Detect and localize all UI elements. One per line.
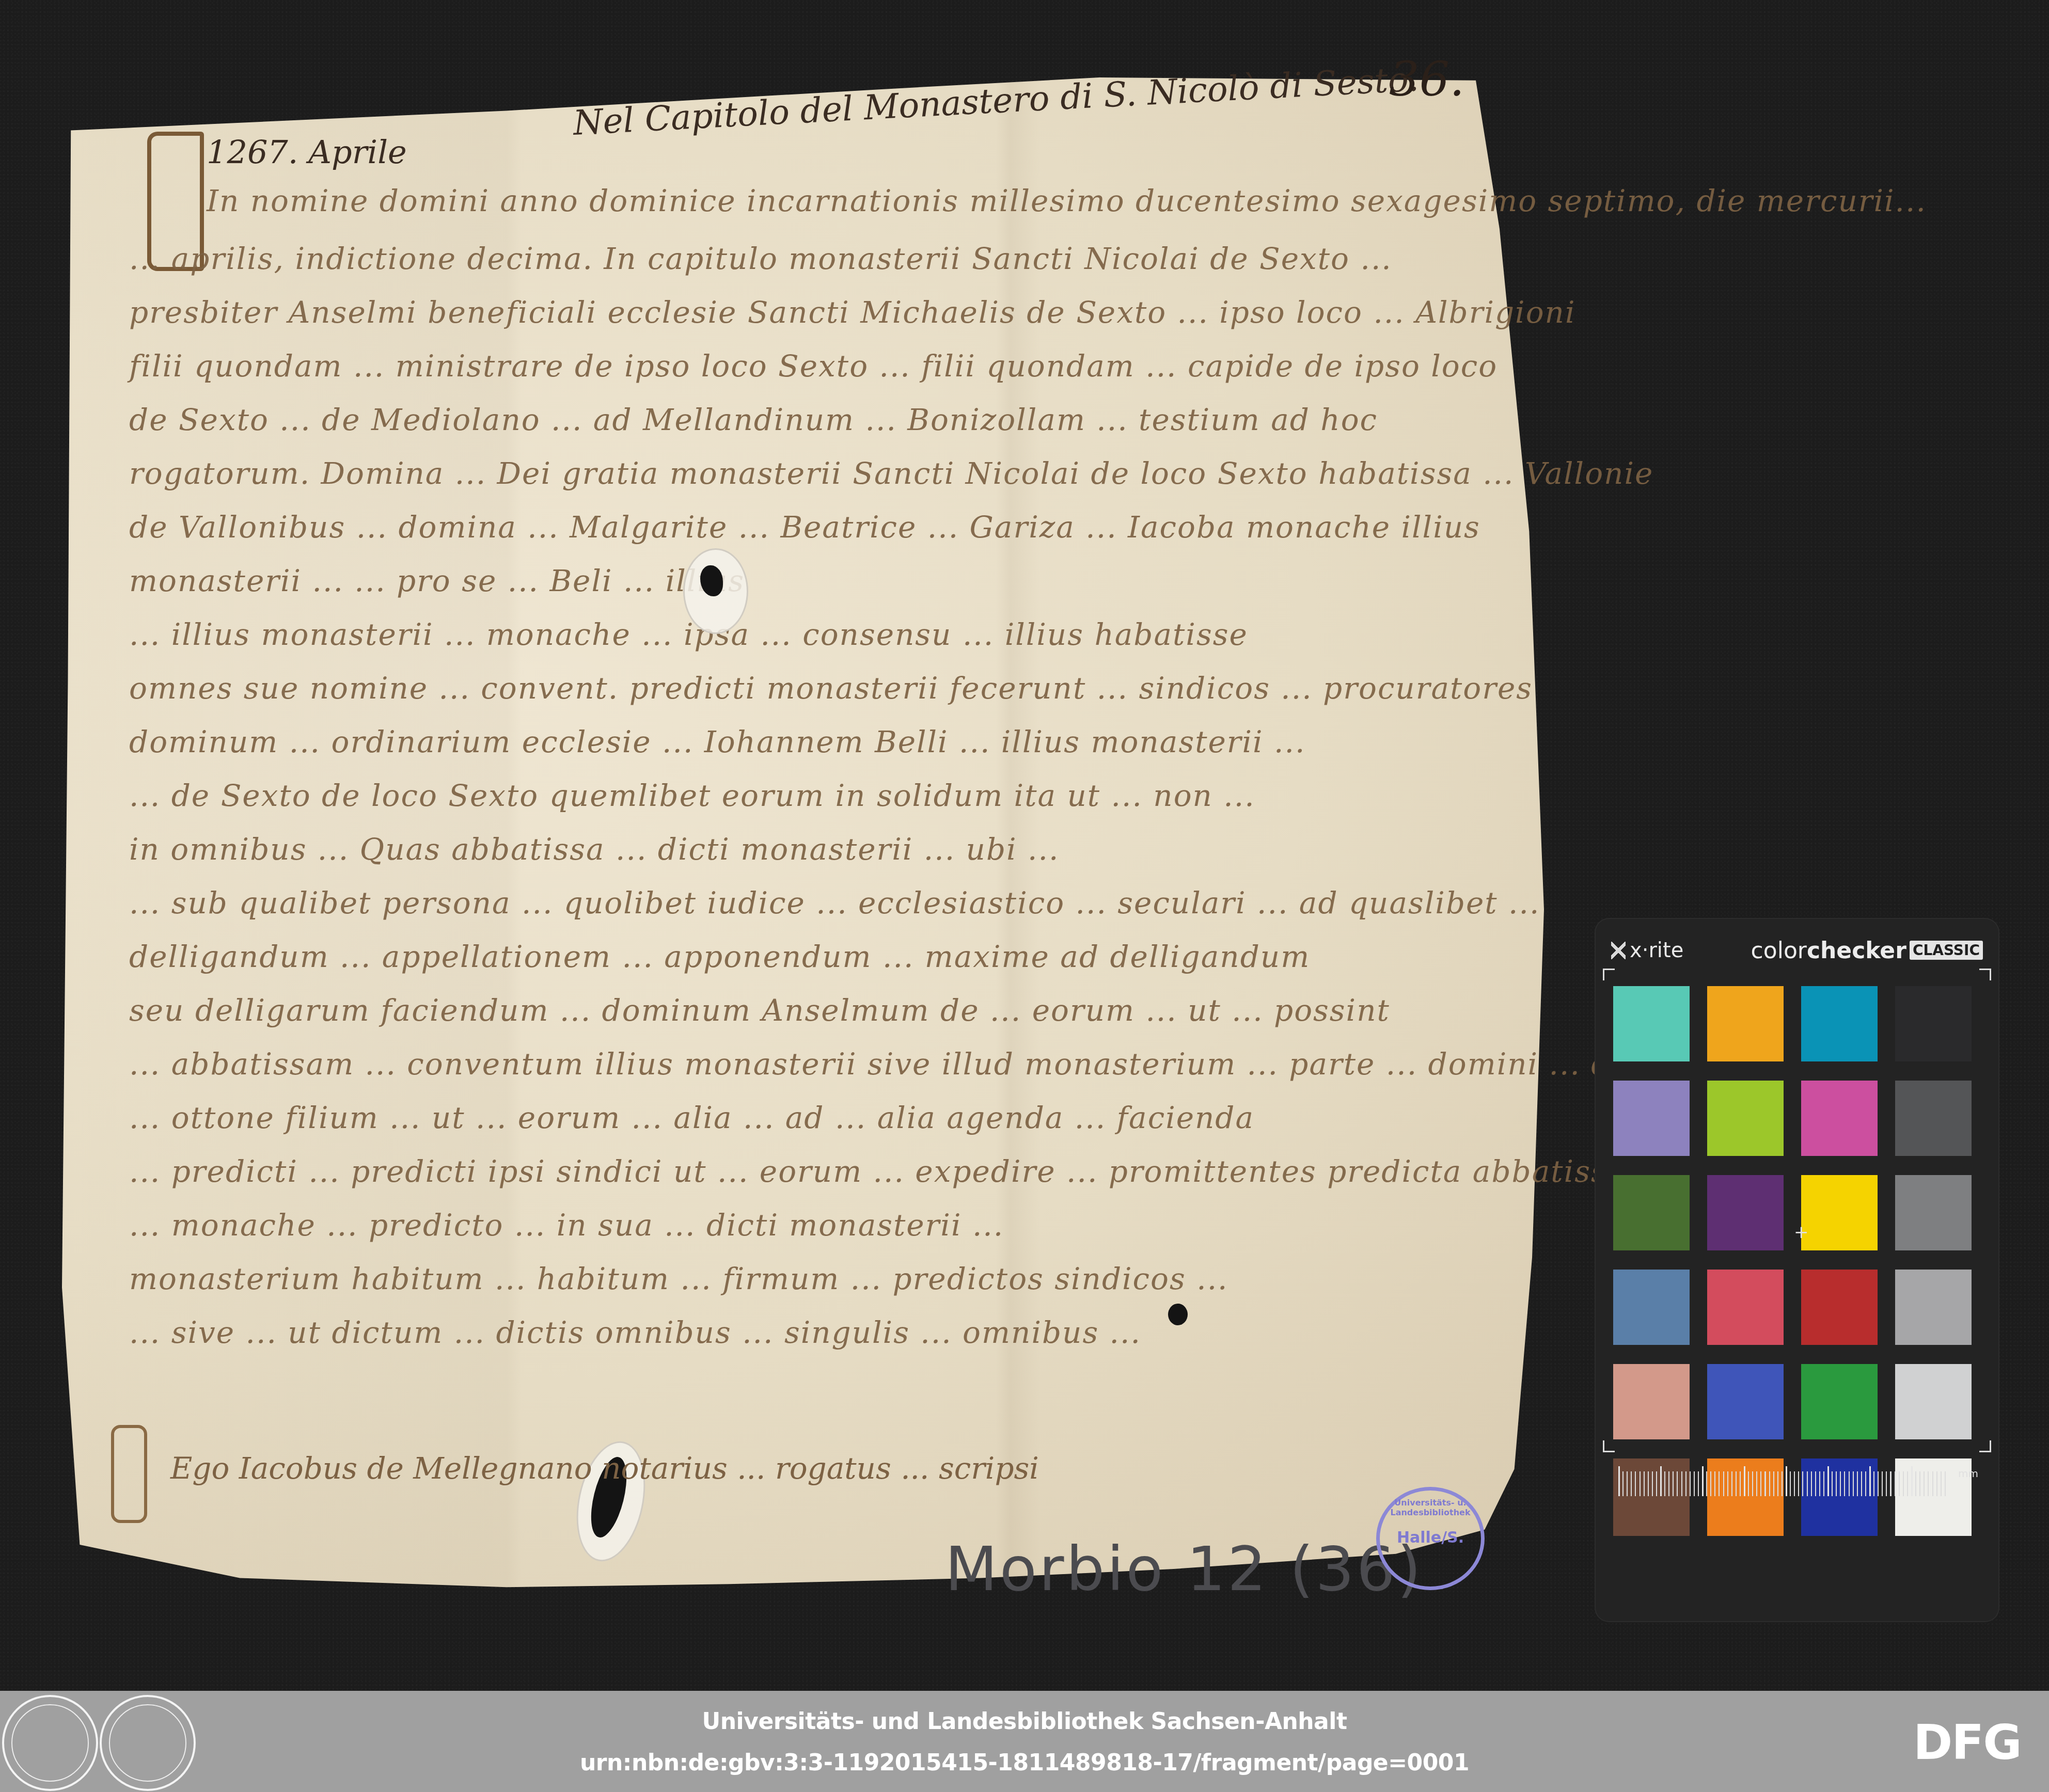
pencil-shelfmark: Morbio 12 (36): [945, 1533, 1423, 1605]
color-swatch: [1707, 1270, 1784, 1345]
folio-number: 36.: [1389, 52, 1464, 107]
text-line: de Vallonibus ... domina ... Malgarite .…: [129, 510, 1480, 545]
notary-subscription: Ego Iacobus de Mellegnano notarius ... r…: [170, 1451, 1039, 1486]
color-swatch-grid: [1613, 986, 1972, 1534]
text-line: ... aprilis, indictione decima. In capit…: [129, 241, 1392, 276]
color-swatch: [1801, 1081, 1878, 1156]
color-swatch: [1707, 986, 1784, 1061]
corner-mark: [1979, 969, 1991, 980]
xrite-x-icon: [1611, 942, 1626, 959]
color-swatch: [1895, 1364, 1972, 1439]
dfg-logo: DFG: [1913, 1719, 2021, 1767]
color-swatch: [1613, 1175, 1690, 1250]
library-stamp: Universitäts- u. Landesbibliothek Halle/…: [1376, 1487, 1485, 1590]
notary-signum: [111, 1425, 147, 1523]
text-line: ... monache ... predicto ... in sua ... …: [129, 1208, 1004, 1243]
xrite-logo: x·rite: [1611, 939, 1683, 962]
text-line: dominum ... ordinarium ecclesie ... Ioha…: [129, 724, 1305, 759]
text-line: de Sexto ... de Mediolano ... ad Melland…: [129, 402, 1378, 437]
text-line: ... illius monasterii ... monache ... ip…: [129, 617, 1248, 652]
text-line: monasterii ... ... pro se ... Beli ... i…: [129, 563, 745, 598]
color-swatch: [1895, 1081, 1972, 1156]
text-line: delligandum ... appellationem ... appone…: [129, 939, 1310, 974]
text-line: ... sub qualibet persona ... quolibet iu…: [129, 885, 1540, 921]
stamp-center-text: Halle/S.: [1380, 1529, 1481, 1547]
text-line: ... ottone filium ... ut ... eorum ... a…: [129, 1100, 1254, 1135]
color-swatch: [1895, 986, 1972, 1061]
crosshair-icon: +: [1794, 1224, 1809, 1241]
text-line: rogatorum. Domina ... Dei gratia monaste…: [129, 456, 1653, 491]
color-swatch: [1613, 986, 1690, 1061]
color-swatch: [1895, 1175, 1972, 1250]
color-checker-card: x·rite colorcheckerCLASSIC + mm: [1596, 919, 1998, 1621]
urn-identifier: urn:nbn:de:gbv:3:3-1192015415-1811489818…: [0, 1750, 2049, 1776]
color-swatch: [1895, 1270, 1972, 1345]
library-name: Universitäts- und Landesbibliothek Sachs…: [0, 1708, 2049, 1735]
text-line: ... abbatissam ... conventum illius mona…: [129, 1046, 1810, 1082]
text-line: monasterium habitum ... habitum ... firm…: [129, 1261, 1228, 1296]
library-footer-bar: Universitäts- und Landesbibliothek Sachs…: [0, 1691, 2049, 1792]
text-line: ... de Sexto de loco Sexto quemlibet eor…: [129, 778, 1255, 813]
color-swatch: [1613, 1364, 1690, 1439]
stamp-ring-text: Universitäts- u. Landesbibliothek: [1384, 1498, 1477, 1517]
ruler-unit-label: mm: [1958, 1467, 1978, 1480]
color-swatch: [1613, 1081, 1690, 1156]
color-swatch: [1707, 1175, 1784, 1250]
text-line: in omnibus ... Quas abbatissa ... dicti …: [129, 832, 1059, 867]
corner-mark: [1603, 969, 1615, 980]
color-swatch: [1801, 986, 1878, 1061]
color-swatch: [1801, 1364, 1878, 1439]
text-line: presbiter Anselmi beneficiali ecclesie S…: [129, 295, 1576, 330]
text-line: filii quondam ... ministrare de ipso loc…: [129, 348, 1498, 384]
archival-date-note: 1267. Aprile: [207, 133, 407, 171]
classic-badge: CLASSIC: [1910, 941, 1983, 960]
colorchecker-title: colorcheckerCLASSIC: [1751, 938, 1983, 964]
color-swatch: [1801, 1175, 1878, 1250]
color-swatch: [1801, 1270, 1878, 1345]
corner-mark: [1979, 1440, 1991, 1452]
color-swatch: [1707, 1364, 1784, 1439]
text-line: omnes sue nomine ... convent. predicti m…: [129, 671, 1533, 706]
text-line: seu delligarum faciendum ... dominum Ans…: [129, 993, 1390, 1028]
text-line: In nomine domini anno dominice incarnati…: [207, 183, 1927, 218]
parchment-hole: [1168, 1304, 1188, 1325]
text-line: ... predicti ... predicti ipsi sindici u…: [129, 1154, 1626, 1189]
color-swatch: [1707, 1081, 1784, 1156]
mm-ruler-major-ticks: [1618, 1466, 1949, 1496]
text-line: ... sive ... ut dictum ... dictis omnibu…: [129, 1315, 1141, 1350]
color-swatch: [1613, 1270, 1690, 1345]
